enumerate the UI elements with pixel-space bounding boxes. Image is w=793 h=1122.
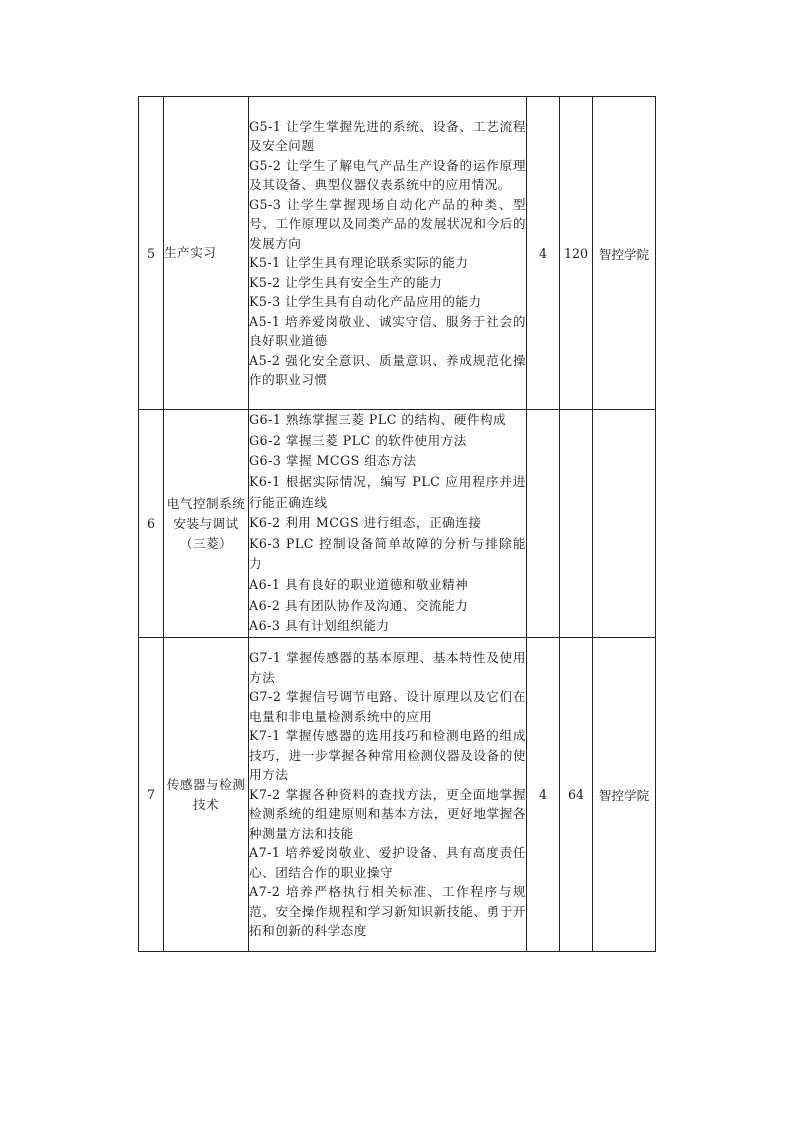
- objective-item: G5-2 让学生了解电气产品生产设备的运作原理及其设备、典型仪器仪表系统中的应用…: [249, 156, 526, 195]
- course-table: 5 生产实习 G5-1 让学生掌握先进的系统、设备、工艺流程及安全问题 G5-2…: [138, 96, 656, 952]
- objective-item: K6-1 根据实际情况，编写 PLC 应用程序并进行能正确连线: [249, 472, 526, 513]
- objective-item: K6-3 PLC 控制设备简单故障的分析与排除能力: [249, 534, 526, 575]
- course-department: 智控学院: [593, 638, 656, 952]
- course-department: [593, 410, 656, 638]
- objective-item: A5-1 培养爱岗敬业、诚实守信、服务于社会的良好职业道德: [249, 312, 526, 351]
- objective-item: G5-3 让学生掌握现场自动化产品的种类、型号、工作原理以及同类产品的发展状况和…: [249, 195, 526, 254]
- course-objectives: G6-1 熟练掌握三菱 PLC 的结构、硬件构成 G6-2 掌握三菱 PLC 的…: [249, 410, 527, 638]
- objective-item: G6-1 熟练掌握三菱 PLC 的结构、硬件构成: [249, 410, 526, 431]
- table-row: 6 电气控制系统 安装与调试 （三菱） G6-1 熟练掌握三菱 PLC 的结构、…: [139, 410, 656, 638]
- objective-item: A7-1 培养爱岗敬业、爱护设备、具有高度责任心、团结合作的职业操守: [249, 843, 526, 882]
- course-department: 智控学院: [593, 97, 656, 410]
- course-number: 5: [139, 97, 164, 410]
- course-name: 传感器与检测 技术: [164, 638, 249, 952]
- objective-item: K6-2 利用 MCGS 进行组态，正确连接: [249, 513, 526, 534]
- course-name-line: 安装与调试: [164, 514, 248, 534]
- objective-item: G7-2 掌握信号调节电路、设计原理以及它们在电量和非电量检测系统中的应用: [249, 687, 526, 726]
- objective-item: K5-1 让学生具有理论联系实际的能力: [249, 253, 526, 273]
- objective-item: A5-2 强化安全意识、质量意识、养成规范化操作的职业习惯: [249, 351, 526, 390]
- course-hours: [560, 410, 593, 638]
- course-name-line: （三菱）: [164, 534, 248, 554]
- course-name-line: 生产实习: [164, 243, 248, 263]
- objective-item: A6-3 具有计划组织能力: [249, 616, 526, 637]
- course-number: 7: [139, 638, 164, 952]
- course-credits: [527, 410, 560, 638]
- course-number: 6: [139, 410, 164, 638]
- objective-item: A6-1 具有良好的职业道德和敬业精神: [249, 575, 526, 596]
- course-hours: 120: [560, 97, 593, 410]
- course-name-line: 传感器与检测: [164, 775, 248, 795]
- objective-item: K5-2 让学生具有安全生产的能力: [249, 273, 526, 293]
- objective-item: G7-1 掌握传感器的基本原理、基本特性及使用方法: [249, 648, 526, 687]
- course-name: 生产实习: [164, 97, 249, 410]
- objective-item: A7-2 培养严格执行相关标准、工作程序与规范、安全操作规程和学习新知识新技能、…: [249, 882, 526, 941]
- course-credits: 4: [527, 97, 560, 410]
- course-objectives: G5-1 让学生掌握先进的系统、设备、工艺流程及安全问题 G5-2 让学生了解电…: [249, 97, 527, 410]
- objective-item: A6-2 具有团队协作及沟通、交流能力: [249, 596, 526, 617]
- objective-item: K7-2 掌握各种资料的查找方法，更全面地掌握检测系统的组建原则和基本方法，更好…: [249, 785, 526, 844]
- objective-item: K5-3 让学生具有自动化产品应用的能力: [249, 292, 526, 312]
- table-row: 7 传感器与检测 技术 G7-1 掌握传感器的基本原理、基本特性及使用方法 G7…: [139, 638, 656, 952]
- objective-item: K7-1 掌握传感器的选用技巧和检测电路的组成技巧，进一步掌握各种常用检测仪器及…: [249, 726, 526, 785]
- course-hours: 64: [560, 638, 593, 952]
- objective-item: G6-3 掌握 MCGS 组态方法: [249, 451, 526, 472]
- course-name-line: 电气控制系统: [164, 494, 248, 514]
- objective-item: G5-1 让学生掌握先进的系统、设备、工艺流程及安全问题: [249, 117, 526, 156]
- table-row: 5 生产实习 G5-1 让学生掌握先进的系统、设备、工艺流程及安全问题 G5-2…: [139, 97, 656, 410]
- course-name: 电气控制系统 安装与调试 （三菱）: [164, 410, 249, 638]
- objective-item: G6-2 掌握三菱 PLC 的软件使用方法: [249, 431, 526, 452]
- course-objectives: G7-1 掌握传感器的基本原理、基本特性及使用方法 G7-2 掌握信号调节电路、…: [249, 638, 527, 952]
- course-credits: 4: [527, 638, 560, 952]
- course-name-line: 技术: [164, 795, 248, 815]
